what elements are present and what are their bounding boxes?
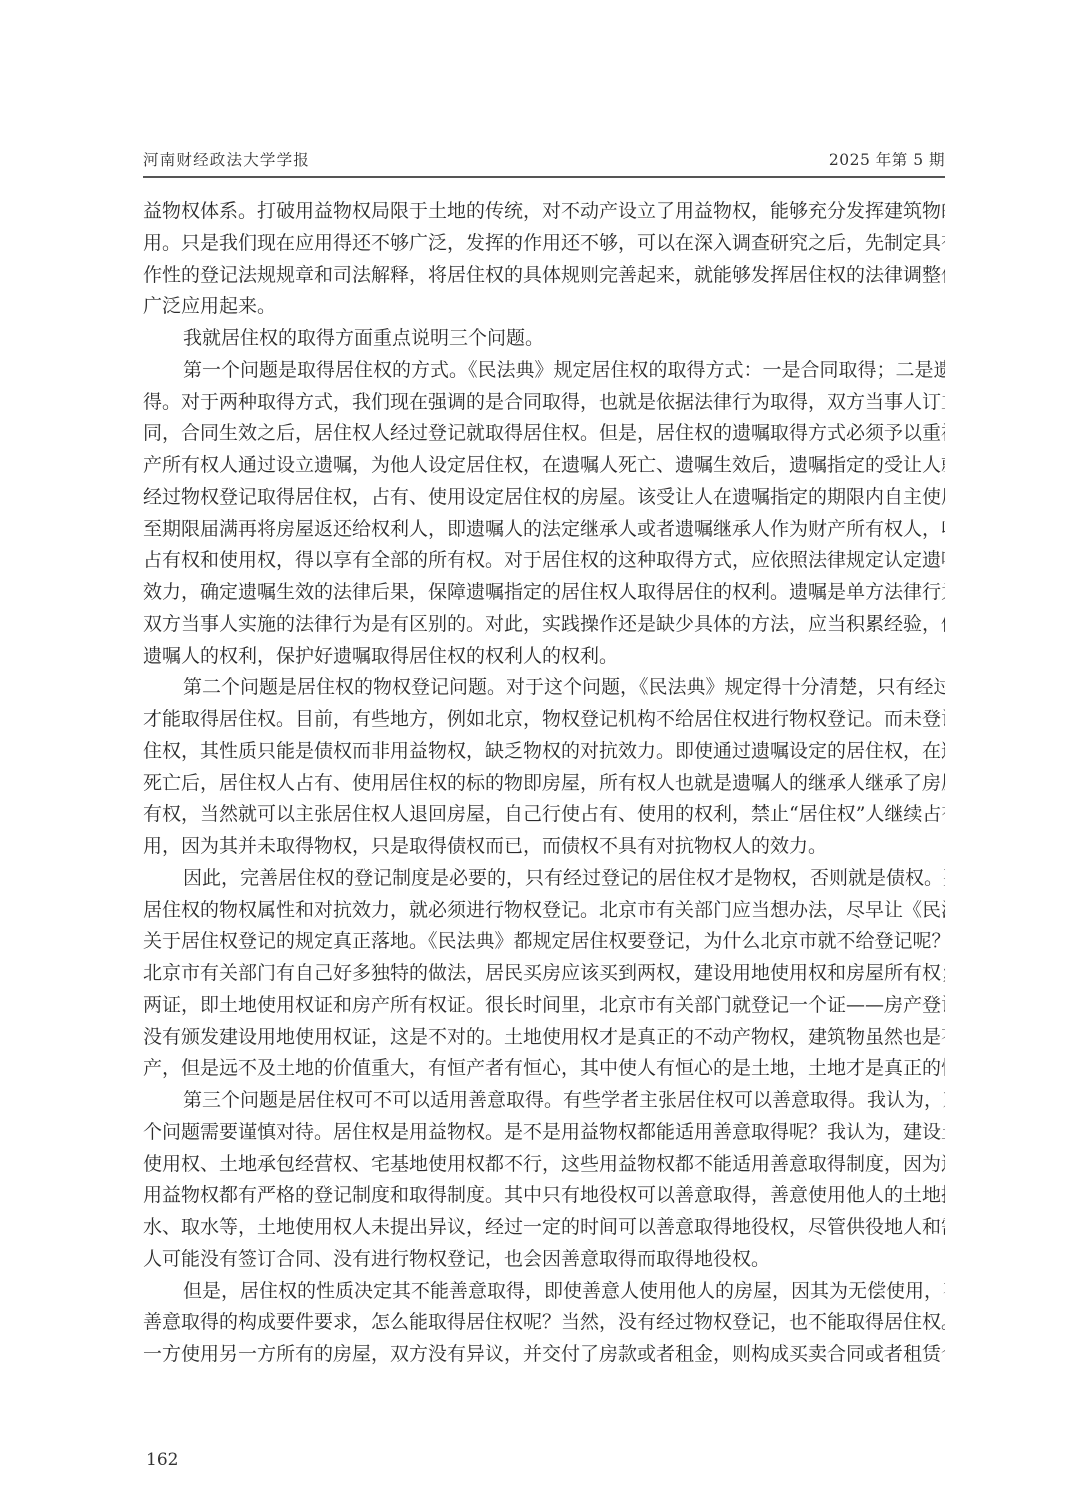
text-line: 关于居住权登记的规定真正落地。《民法典》都规定居住权要登记，为什么北京市就不给登… [143, 926, 945, 958]
text-line: 一方使用另一方所有的房屋，双方没有异议，并交付了房款或者租金，则构成买卖合同或者… [143, 1339, 945, 1371]
text-line: 经过物权登记取得居住权，占有、使用设定居住权的房屋。该受让人在遗嘱指定的期限内自… [143, 482, 945, 514]
text-line: 至期限届满再将房屋返还给权利人，即遗嘱人的法定继承人或者遗嘱继承人作为财产所有权… [143, 514, 945, 546]
text-line: 第二个问题是居住权的物权登记问题。对于这个问题，《民法典》规定得十分清楚，只有经… [143, 672, 945, 704]
text-line: 效力，确定遗嘱生效的法律后果，保障遗嘱指定的居住权人取得居住的权利。遗嘱是单方法… [143, 577, 945, 609]
text-line: 第三个问题是居住权可不可以适用善意取得。有些学者主张居住权可以善意取得。我认为，… [143, 1085, 945, 1117]
text-line: 占有权和使用权，得以享有全部的所有权。对于居住权的这种取得方式，应依照法律规定认… [143, 545, 945, 577]
text-line: 用。只是我们现在应用得还不够广泛，发挥的作用还不够，可以在深入调查研究之后，先制… [143, 228, 945, 260]
text-line: 同，合同生效之后，居住权人经过登记就取得居住权。但是，居住权的遗嘱取得方式必须予… [143, 418, 945, 450]
text-line: 居住权的物权属性和对抗效力，就必须进行物权登记。北京市有关部门应当想办法，尽早让… [143, 895, 945, 927]
journal-title: 河南财经政法大学学报 [143, 148, 310, 170]
article-body: 益物权体系。打破用益物权局限于土地的传统，对不动产设立了用益物权，能够充分发挥建… [143, 196, 945, 1371]
text-line: 产所有权人通过设立遗嘱，为他人设定居住权，在遗嘱人死亡、遗嘱生效后，遗嘱指定的受… [143, 450, 945, 482]
text-line: 水、取水等，土地使用权人未提出异议，经过一定的时间可以善意取得地役权，尽管供役地… [143, 1212, 945, 1244]
text-line: 北京市有关部门有自己好多独特的做法，居民买房应该买到两权，建设用地使用权和房屋所… [143, 958, 945, 990]
text-line: 因此，完善居住权的登记制度是必要的，只有经过登记的居住权才是物权，否则就是债权。… [143, 863, 945, 895]
text-line: 双方当事人实施的法律行为是有区别的。对此，实践操作还是缺少具体的方法，应当积累经… [143, 609, 945, 641]
text-line: 作性的登记法规规章和司法解释，将居住权的具体规则完善起来，就能够发挥居住权的法律… [143, 260, 945, 292]
text-line: 人可能没有签订合同、没有进行物权登记，也会因善意取得而取得地役权。 [143, 1244, 945, 1276]
header-rule [143, 176, 945, 178]
text-line: 得。对于两种取得方式，我们现在强调的是合同取得，也就是依据法律行为取得，双方当事… [143, 387, 945, 419]
text-line: 用益物权都有严格的登记制度和取得制度。其中只有地役权可以善意取得，善意使用他人的… [143, 1180, 945, 1212]
text-line: 两证，即土地使用权证和房产所有权证。很长时间里，北京市有关部门就登记一个证——房… [143, 990, 945, 1022]
text-line: 产，但是远不及土地的价值重大，有恒产者有恒心，其中使人有恒心的是土地，土地才是真… [143, 1053, 945, 1085]
text-line: 广泛应用起来。 [143, 291, 945, 323]
text-line: 才能取得居住权。目前，有些地方，例如北京，物权登记机构不给居住权进行物权登记。而… [143, 704, 945, 736]
text-line: 益物权体系。打破用益物权局限于土地的传统，对不动产设立了用益物权，能够充分发挥建… [143, 196, 945, 228]
text-line: 善意取得的构成要件要求，怎么能取得居住权呢？当然，没有经过物权登记，也不能取得居… [143, 1307, 945, 1339]
text-line: 个问题需要谨慎对待。居住权是用益物权。是不是用益物权都能适用善意取得呢？我认为，… [143, 1117, 945, 1149]
text-line: 住权，其性质只能是债权而非用益物权，缺乏物权的对抗效力。即使通过遗嘱设定的居住权… [143, 736, 945, 768]
text-line: 我就居住权的取得方面重点说明三个问题。 [143, 323, 945, 355]
text-line: 没有颁发建设用地使用权证，这是不对的。土地使用权才是真正的不动产物权，建筑物虽然… [143, 1022, 945, 1054]
text-line: 死亡后，居住权人占有、使用居住权的标的物即房屋，所有权人也就是遗嘱人的继承人继承… [143, 768, 945, 800]
running-header: 河南财经政法大学学报 2025 年第 5 期 [143, 148, 945, 172]
text-line: 遗嘱人的权利，保护好遗嘱取得居住权的权利人的权利。 [143, 641, 945, 673]
text-line: 用，因为其并未取得物权，只是取得债权而已，而债权不具有对抗物权人的效力。 [143, 831, 945, 863]
text-line: 第一个问题是取得居住权的方式。《民法典》规定居住权的取得方式：一是合同取得；二是… [143, 355, 945, 387]
text-line: 使用权、土地承包经营权、宅基地使用权都不行，这些用益物权都不能适用善意取得制度，… [143, 1149, 945, 1181]
issue-label: 2025 年第 5 期 [829, 148, 945, 170]
text-line: 但是，居住权的性质决定其不能善意取得，即使善意人使用他人的房屋，因其为无偿使用，… [143, 1276, 945, 1308]
text-line: 有权，当然就可以主张居住权人退回房屋，自己行使占有、使用的权利，禁止“居住权”人… [143, 799, 945, 831]
page-number: 162 [146, 1450, 178, 1470]
